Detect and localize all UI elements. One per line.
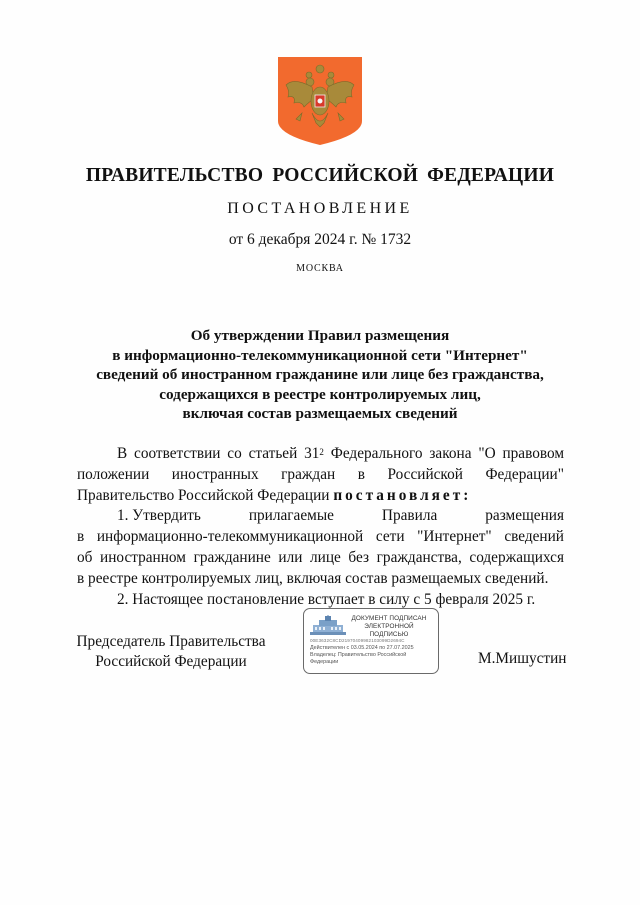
certificate-serial: 00E3632C8CD21970409982103099D2694C	[310, 638, 405, 643]
heading-line: сведений об иностранном гражданине или л…	[60, 365, 580, 385]
item-1-line-1: 1. Утвердить прилагаемые Правила размеще…	[77, 506, 564, 527]
article-superscript: 2	[319, 447, 324, 457]
document-page: ПРАВИТЕЛЬСТВО РОССИЙСКОЙ ФЕДЕРАЦИИ ПОСТА…	[0, 0, 640, 905]
preamble: В соответствии со статьей 312 Федерально…	[77, 444, 564, 610]
signer-title: Председатель Правительства Российской Фе…	[60, 632, 282, 672]
preamble-line-2: положении иностранных граждан в Российск…	[77, 465, 564, 486]
preamble-line-3: Правительство Российской Федерации поста…	[77, 486, 564, 507]
article-reference: 312	[304, 444, 324, 465]
preamble-line-1: В соответствии со статьей 312 Федерально…	[77, 444, 564, 465]
certificate-validity: Действителен с 03.05.2024 по 27.07.2025	[310, 645, 414, 652]
government-building-icon	[310, 615, 346, 635]
heading-line: в информационно-телекоммуникационной сет…	[60, 346, 580, 366]
item-1-line-4: в реестре контролируемых лиц, включая со…	[77, 569, 564, 590]
signer-name: М.Мишустин	[478, 650, 567, 668]
item-1-line-3: об иностранном гражданине или лице без г…	[77, 548, 564, 569]
document-city: МОСКВА	[0, 263, 640, 274]
electronic-signature-stamp: ДОКУМЕНТ ПОДПИСАН ЭЛЕКТРОННОЙ ПОДПИСЬЮ 0…	[303, 608, 439, 674]
heading-line: содержащихся в реестре контролируемых ли…	[60, 385, 580, 405]
heading-line: Об утверждении Правил размещения	[60, 326, 580, 346]
document-heading: Об утверждении Правил размещения в инфор…	[60, 326, 580, 424]
certificate-owner: Владелец: Правительство Российской	[310, 652, 414, 659]
certificate-details: Действителен с 03.05.2024 по 27.07.2025 …	[310, 645, 414, 666]
document-date-number: от 6 декабря 2024 г. № 1732	[0, 231, 640, 249]
document-type: ПОСТАНОВЛЕНИЕ	[0, 200, 640, 218]
resolves-keyword: постановляет:	[333, 487, 471, 504]
heading-line: включая состав размещаемых сведений	[60, 404, 580, 424]
stamp-header: ДОКУМЕНТ ПОДПИСАН ЭЛЕКТРОННОЙ ПОДПИСЬЮ	[344, 615, 434, 639]
coat-of-arms-icon	[276, 55, 364, 147]
item-1-line-2: в информационно-телекоммуникационной сет…	[77, 527, 564, 548]
organization-title: ПРАВИТЕЛЬСТВО РОССИЙСКОЙ ФЕДЕРАЦИИ	[0, 165, 640, 187]
